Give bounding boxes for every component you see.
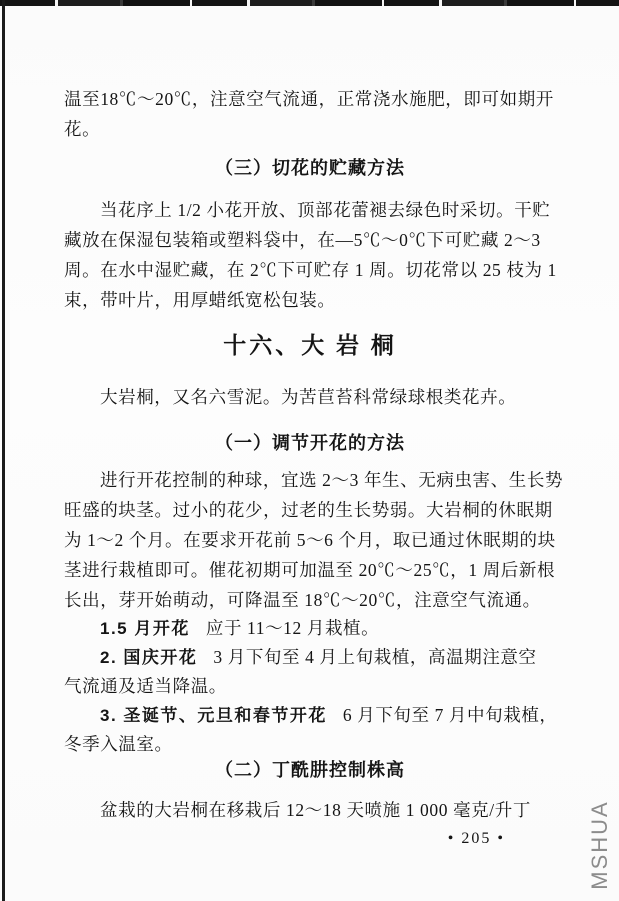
scan-edge-left <box>2 0 5 901</box>
text-line: 周。在水中湿贮藏，在 2℃下可贮存 1 周。切花常以 25 枝为 1 <box>64 255 556 285</box>
list-item-label: 2. 国庆开花 <box>100 648 197 667</box>
section-heading-b9-height-control: （二）丁酰肼控制株高 <box>64 755 556 785</box>
list-item-label: 3. 圣诞节、元旦和春节开花 <box>100 706 327 725</box>
list-item: 2. 国庆开花3 月下旬至 4 月上旬栽植，高温期注意空 <box>100 642 556 672</box>
chapter-title-gloxinia: 十六、大 岩 桐 <box>64 328 556 364</box>
section-heading-flowering-regulation: （一）调节开花的方法 <box>64 428 556 458</box>
list-item-text: 3 月下旬至 4 月上旬栽植，高温期注意空 <box>213 647 536 667</box>
list-item: 1.5 月开花应于 11～12 月栽植。 <box>100 613 556 643</box>
text-line: 藏放在保湿包装箱或塑料袋中，在—5℃～0℃下可贮藏 2～3 <box>64 225 556 255</box>
list-item-text: 6 月下旬至 7 月中旬栽植， <box>343 705 558 725</box>
text-line: 束，带叶片，用厚蜡纸宽松包装。 <box>64 285 556 315</box>
list-item-label: 1.5 月开花 <box>100 619 190 638</box>
list-item-continuation: 气流通及适当降温。 <box>64 671 556 701</box>
text-line: 茎进行栽植即可。催花初期可加温至 20℃～25℃，1 周后新根 <box>64 555 556 585</box>
list-item: 3. 圣诞节、元旦和春节开花6 月下旬至 7 月中旬栽植， <box>100 700 556 730</box>
text-line: 花。 <box>64 114 556 144</box>
text-line: 温至18℃～20℃，注意空气流通，正常浇水施肥，即可如期开 <box>64 84 556 114</box>
list-item-text: 应于 11～12 月栽植。 <box>206 618 379 638</box>
text-line: 旺盛的块茎。过小的花少，过老的生长势弱。大岩桐的休眠期 <box>64 495 556 525</box>
scanned-book-page: 温至18℃～20℃，注意空气流通，正常浇水施肥，即可如期开 花。 （三）切花的贮… <box>0 0 619 901</box>
text-line: 当花序上 1/2 小花开放、顶部花蕾褪去绿色时采切。干贮 <box>100 195 556 225</box>
text-line: 盆栽的大岩桐在移栽后 12～18 天喷施 1 000 毫克/升丁 <box>100 795 556 825</box>
scan-edge-top <box>0 0 619 6</box>
text-line: 长出，芽开始萌动，可降温至 18℃～20℃，注意空气流通。 <box>64 585 556 615</box>
text-line: 为 1～2 个月。在要求开花前 5～6 个月，取已通过休眠期的块 <box>64 525 556 555</box>
watermark: MSHUA <box>585 798 615 892</box>
page-number: • 205 • <box>448 827 505 851</box>
section-heading-cut-flower-storage: （三）切花的贮藏方法 <box>64 153 556 183</box>
text-line: 进行开花控制的种球，宜选 2～3 年生、无病虫害、生长势 <box>100 465 556 495</box>
text-line: 大岩桐，又名六雪泥。为苦苣苔科常绿球根类花卉。 <box>100 382 556 412</box>
